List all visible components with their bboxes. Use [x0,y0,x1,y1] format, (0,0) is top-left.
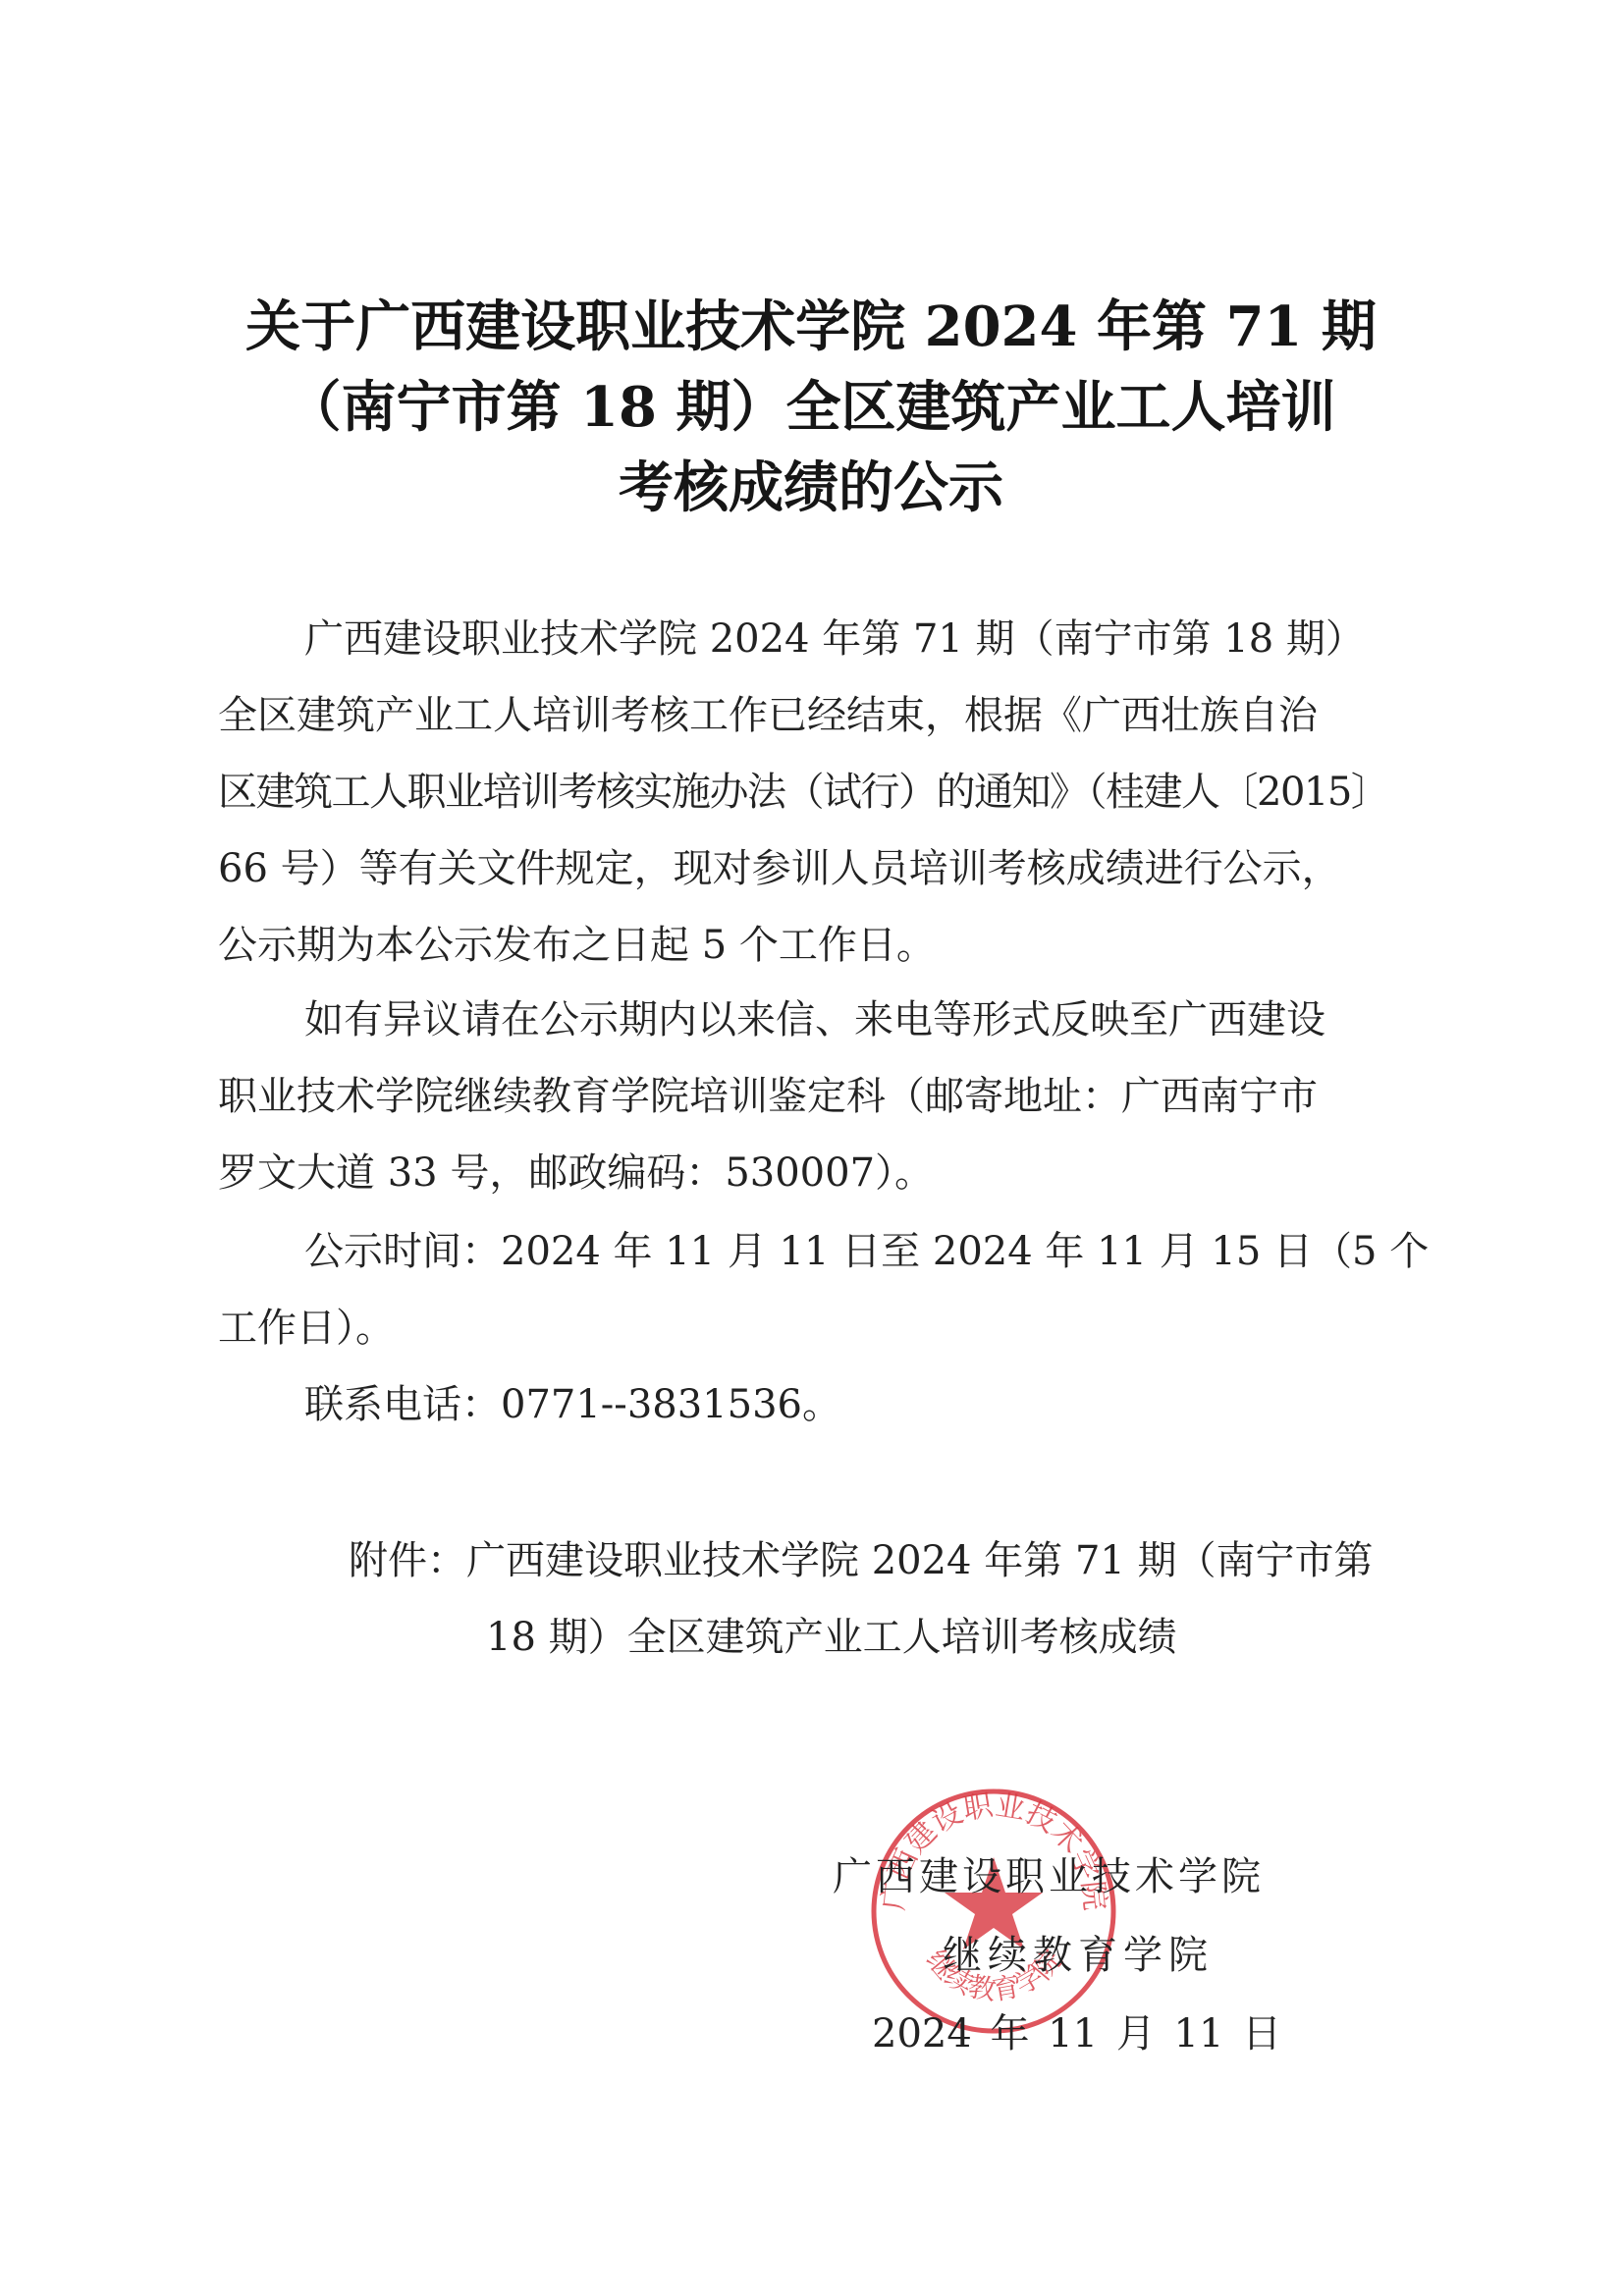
text-line: 工作日）。 [218,1290,1426,1366]
contact-phone: 联系电话：0771--3831536。 [218,1366,1426,1443]
text-line: 罗文大道 33 号，邮政编码：530007）。 [218,1135,1426,1211]
attachment-note: 附件：广西建设职业技术学院 2024 年第 71 期（南宁市第 18 期）全区建… [349,1523,1448,1677]
attachment-line-2: 18 期）全区建筑产业工人培训考核成绩 [349,1600,1448,1677]
text-line: 全区建筑产业工人培训考核工作已经结束，根据《广西壮族自治 [218,677,1426,754]
official-seal-icon: 广西建设职业技术学院 继续教育学院 [869,1787,1119,2037]
title-line-2: （南宁市第 18 期）全区建筑产业工人培训 [0,367,1622,448]
document-title: 关于广西建设职业技术学院 2024 年第 71 期 （南宁市第 18 期）全区建… [0,287,1622,528]
text-line: 66 号）等有关文件规定，现对参训人员培训考核成绩进行公示， [218,830,1426,907]
text-line: 区建筑工人职业培训考核实施办法（试行）的通知》（桂建人〔2015〕 [218,754,1426,830]
paragraph-objection: 如有异议请在公示期内以来信、来电等形式反映至广西建设 职业技术学院继续教育学院培… [218,982,1426,1211]
text-line: 广西建设职业技术学院 2024 年第 71 期（南宁市第 18 期） [218,601,1426,677]
attachment-line-1: 附件：广西建设职业技术学院 2024 年第 71 期（南宁市第 [349,1523,1448,1600]
signature-org: 广西建设职业技术学院 [833,1845,1265,1901]
text-line: 公示期为本公示发布之日起 5 个工作日。 [218,907,1426,984]
text-line: 职业技术学院继续教育学院培训鉴定科（邮寄地址：广西南宁市 [218,1058,1426,1135]
signature-dept: 继续教育学院 [943,1924,1214,1980]
paragraph-contact: 联系电话：0771--3831536。 [218,1366,1426,1443]
text-line: 公示时间：2024 年 11 月 11 日至 2024 年 11 月 15 日（… [218,1213,1426,1290]
title-line-3: 考核成绩的公示 [0,448,1622,528]
signature-date: 2024 年 11 月 11 日 [872,2002,1281,2058]
title-line-1: 关于广西建设职业技术学院 2024 年第 71 期 [0,287,1622,367]
text-line: 如有异议请在公示期内以来信、来电等形式反映至广西建设 [218,982,1426,1058]
paragraph-period: 公示时间：2024 年 11 月 11 日至 2024 年 11 月 15 日（… [218,1213,1426,1366]
paragraph-announcement: 广西建设职业技术学院 2024 年第 71 期（南宁市第 18 期） 全区建筑产… [218,601,1426,984]
